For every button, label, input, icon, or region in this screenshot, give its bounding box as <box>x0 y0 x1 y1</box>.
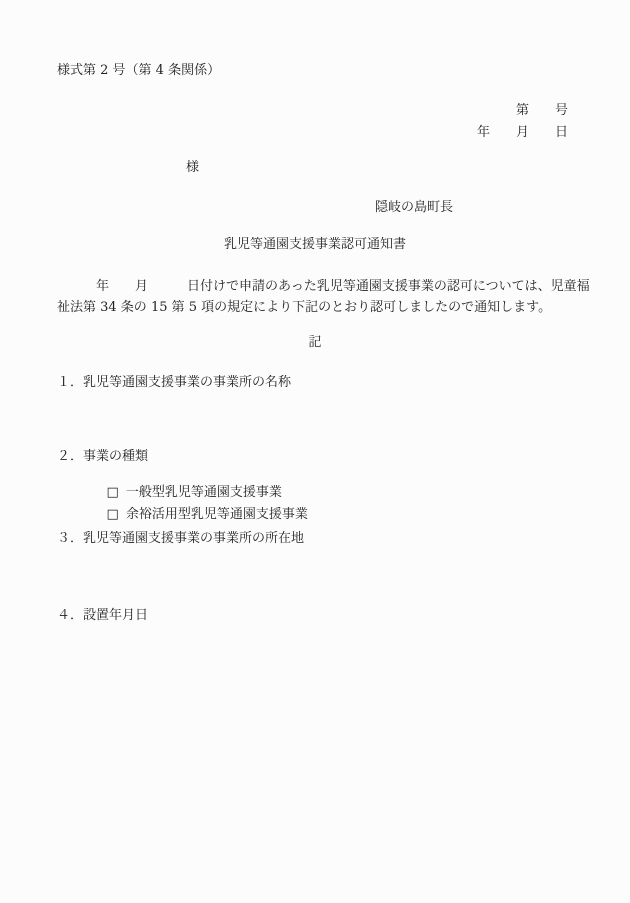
record-marker: 記 <box>0 336 630 350</box>
form-number: 様式第 2 号（第 4 条関係） <box>57 64 220 78</box>
body-paragraph-line-1: 年 月 日付けで申請のあった乳児等通園支援事業の認可については、児童福 <box>57 280 590 294</box>
item-2-business-type-heading: ２．事業の種類 <box>57 450 148 464</box>
document-page: 様式第 2 号（第 4 条関係） 第 号 年 月 日 様 隠岐の島町長 乳児等通… <box>0 0 630 903</box>
issuer-name: 隠岐の島町長 <box>375 201 453 215</box>
item-1-business-name-heading: １．乳児等通園支援事業の事業所の名称 <box>57 376 291 390</box>
option-surplus-type-label: 余裕活用型乳児等通園支援事業 <box>126 507 308 522</box>
addressee-honorific: 様 <box>186 161 199 175</box>
item-3-business-address-heading: ３．乳児等通園支援事業の事業所の所在地 <box>57 532 304 546</box>
document-title: 乳児等通園支援事業認可通知書 <box>0 238 630 252</box>
body-paragraph-line-2: 祉法第 34 条の 15 第 5 項の規定により下記のとおり認可しましたので通知… <box>57 301 551 315</box>
option-surplus-type-row: □余裕活用型乳児等通園支援事業 <box>90 494 308 536</box>
document-number-blank: 第 号 <box>516 104 568 118</box>
issue-date-blank: 年 月 日 <box>477 126 568 140</box>
item-4-establishment-date-heading: ４．設置年月日 <box>57 609 148 623</box>
checkbox-surplus-type-icon: □ <box>107 508 119 522</box>
